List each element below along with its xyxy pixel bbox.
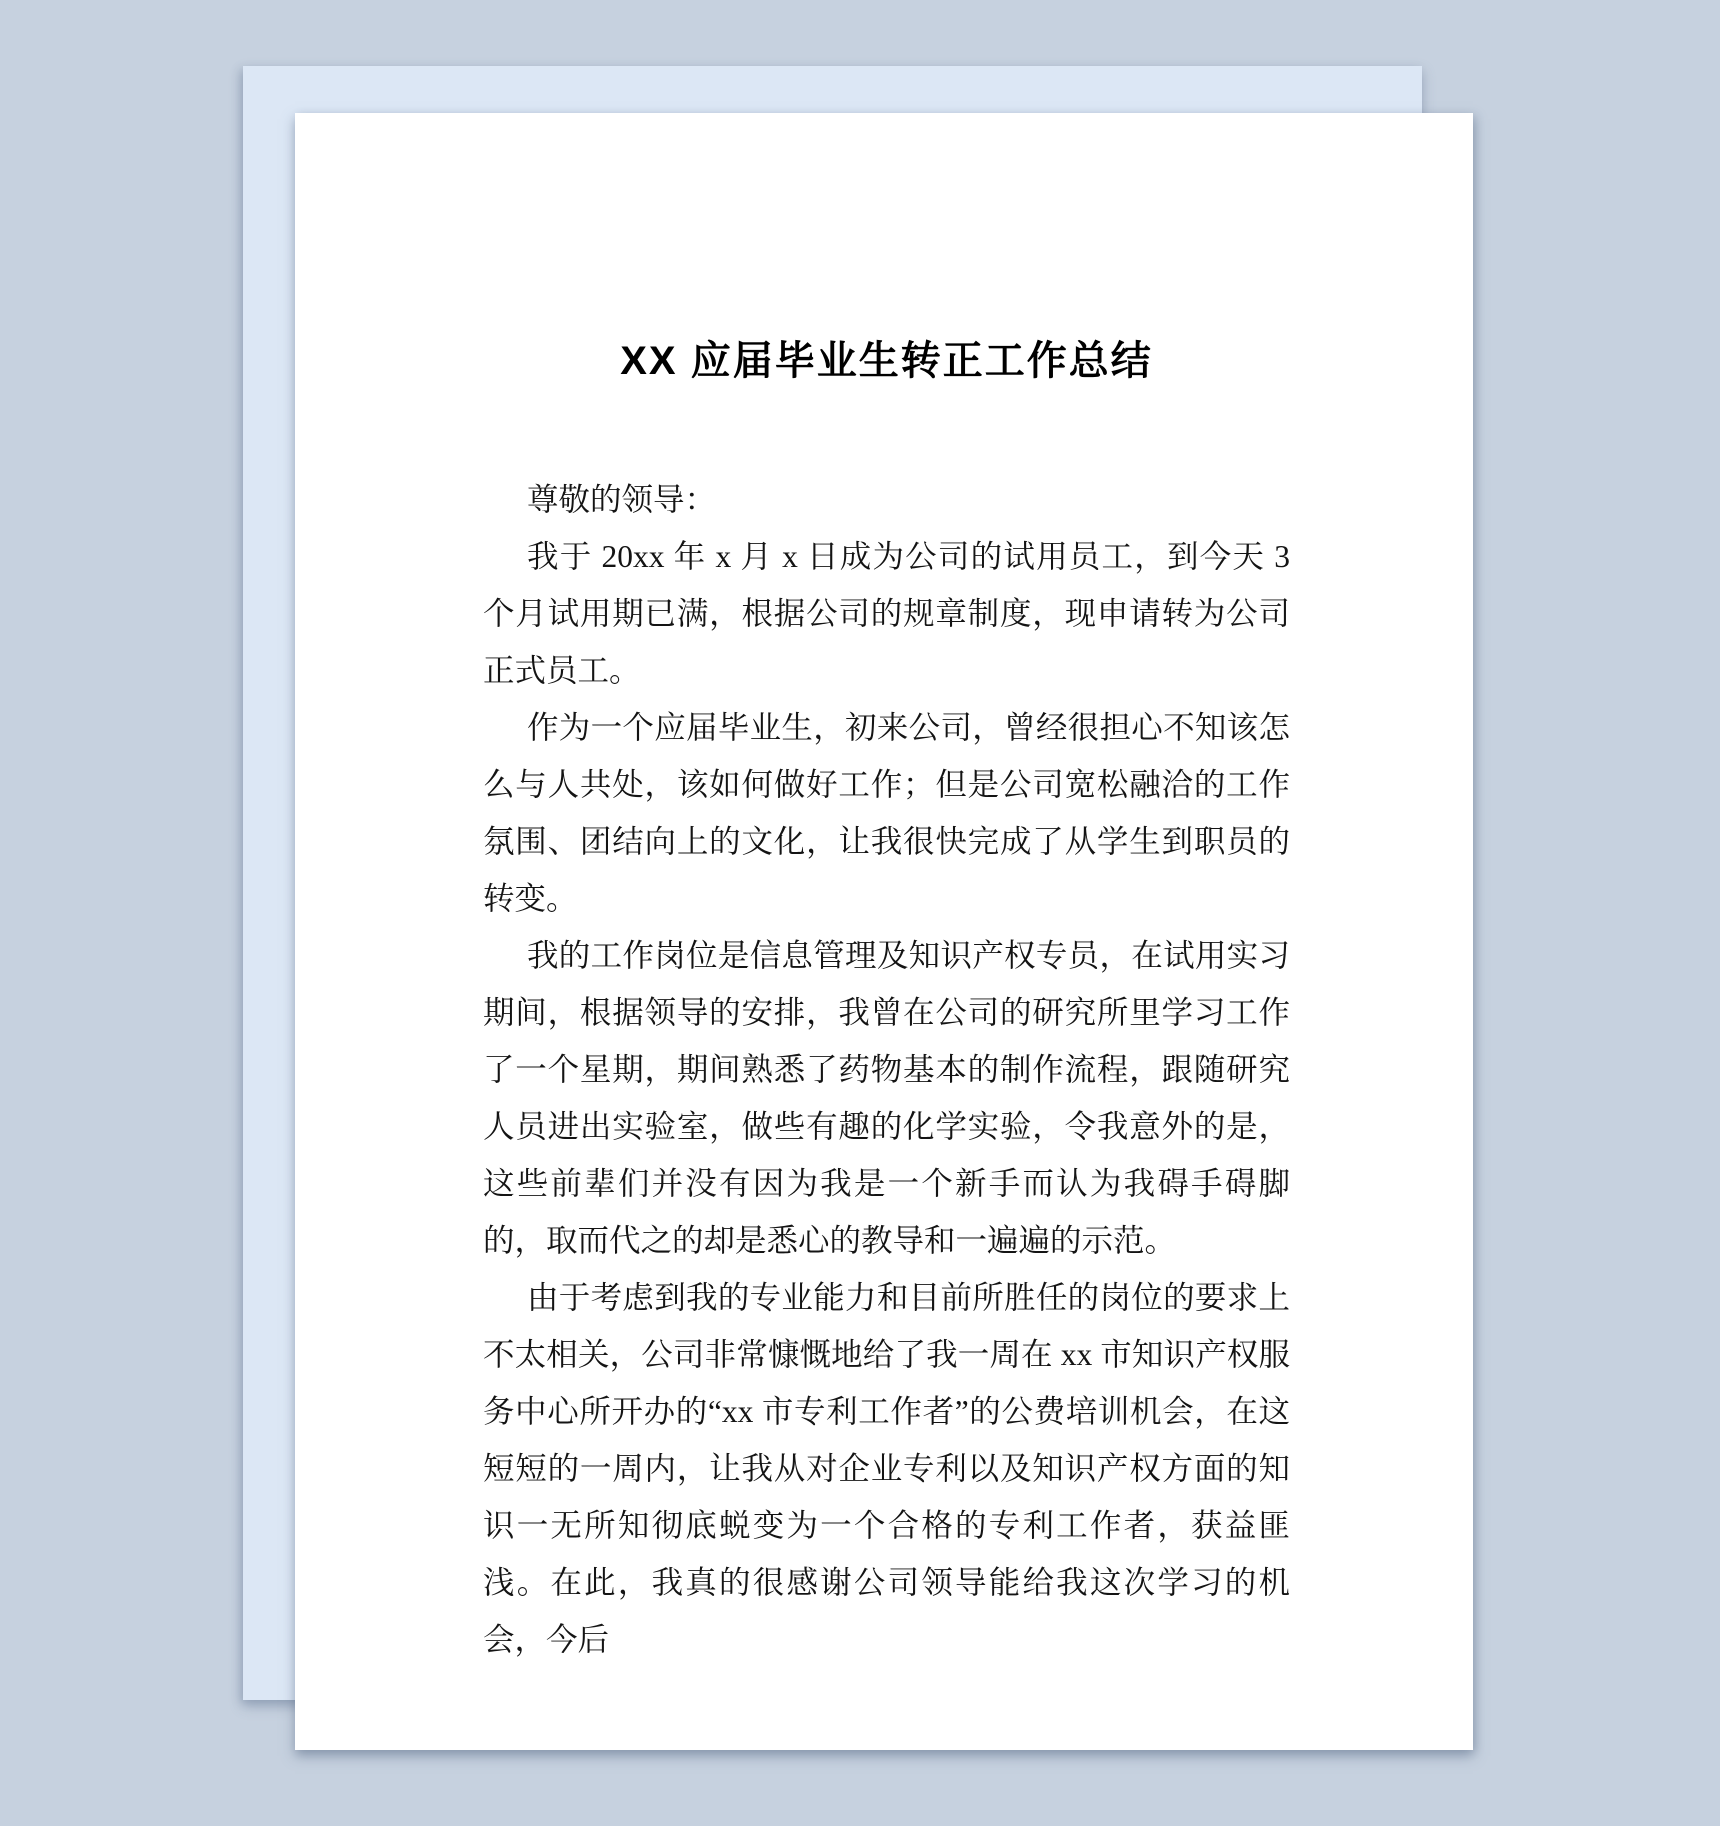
paragraph-graduate-adaptation: 作为一个应届毕业生，初来公司，曾经很担心不知该怎么与人共处，该如何做好工作；但是… [483,699,1290,927]
paragraph-job-duties: 我的工作岗位是信息管理及知识产权专员，在试用实习期间，根据领导的安排，我曾在公司… [483,927,1290,1269]
salutation-line: 尊敬的领导： [483,471,1290,528]
document-body: 尊敬的领导： 我于 20xx 年 x 月 x 日成为公司的试用员工，到今天 3 … [483,471,1290,1668]
paragraph-training-gratitude: 由于考虑到我的专业能力和目前所胜任的岗位的要求上不太相关，公司非常慷慨地给了我一… [483,1269,1290,1668]
paragraph-probation-intro: 我于 20xx 年 x 月 x 日成为公司的试用员工，到今天 3 个月试用期已满… [483,528,1290,699]
document-page: XX 应届毕业生转正工作总结 尊敬的领导： 我于 20xx 年 x 月 x 日成… [295,113,1473,1750]
page-background: XX 应届毕业生转正工作总结 尊敬的领导： 我于 20xx 年 x 月 x 日成… [0,0,1720,1826]
document-title: XX 应届毕业生转正工作总结 [483,337,1290,385]
